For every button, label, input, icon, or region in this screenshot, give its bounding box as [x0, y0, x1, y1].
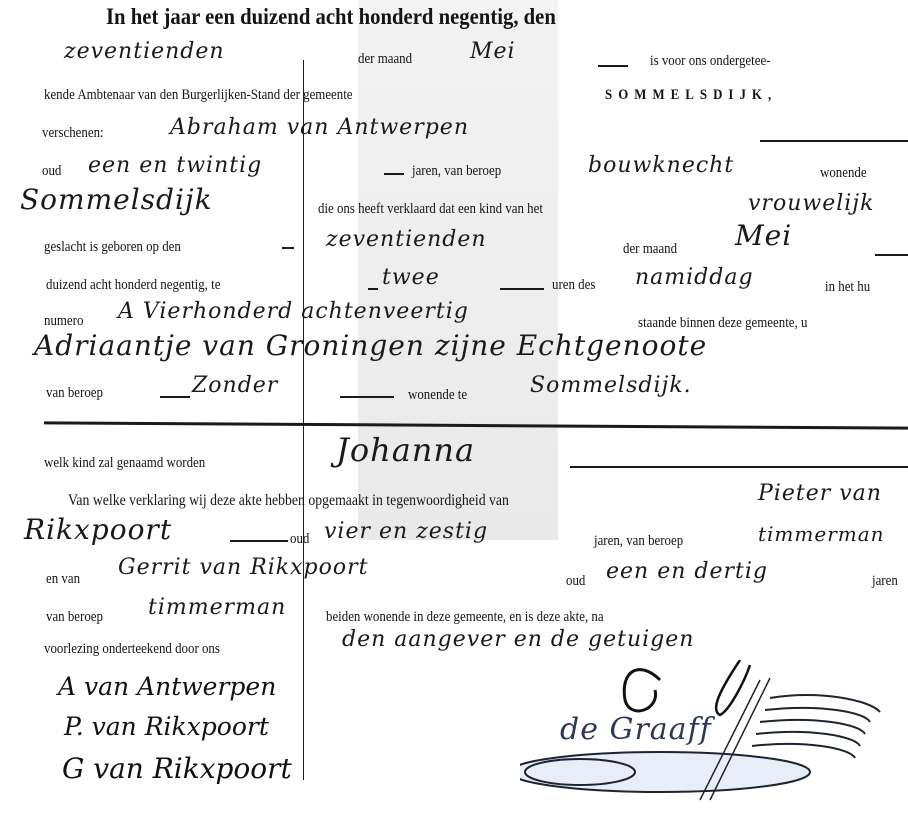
hw-birth-day: zeventienden: [326, 228, 487, 252]
hw-declarant-occupation: bouwknecht: [588, 154, 734, 178]
hw-declarant-residence: Sommelsdijk: [20, 188, 213, 212]
blank-rule: [875, 254, 908, 256]
print-der-maand: der maand: [358, 50, 412, 68]
print-verklaring: Van welke verklaring wij deze akte hebbe…: [68, 492, 509, 510]
blank-rule: [384, 173, 404, 175]
hw-declarant-age: een en twintig: [88, 154, 262, 178]
print-oud-2: oud: [290, 530, 309, 548]
municipality: SOMMELSDIJK,: [605, 86, 777, 104]
print-in-het-huis: in het hu: [825, 278, 870, 296]
print-beiden-wonende: beiden wonende in deze gemeente, en is d…: [326, 608, 604, 626]
print-duizend: duizend acht honderd negentig, te: [46, 276, 220, 294]
hw-witness1-occupation: timmerman: [758, 522, 885, 546]
blank-rule: [160, 396, 190, 398]
print-ambtenaar: kende Ambtenaar van den Burgerlijken-Sta…: [44, 86, 353, 104]
hw-declarant: Abraham van Antwerpen: [170, 116, 469, 140]
print-voorlezing: voorlezing onderteekend door ons: [44, 640, 220, 658]
print-van-beroep: van beroep: [46, 384, 103, 402]
hw-birth-hour: twee: [382, 266, 440, 290]
print-numero: numero: [44, 312, 83, 330]
blank-rule: [598, 65, 628, 67]
signature-declarant: A van Antwerpen: [58, 672, 276, 701]
hw-witness1-age: vier en zestig: [324, 520, 488, 544]
print-jaren-beroep-2: jaren, van beroep: [594, 532, 683, 550]
hw-month: Mei: [470, 40, 516, 64]
signature-registrar: de Graaff: [560, 718, 712, 742]
signature-witness2: G van Rikxpoort: [62, 752, 292, 785]
print-wonende-te: wonende te: [408, 386, 467, 404]
hw-witness2: Gerrit van Rikxpoort: [118, 556, 368, 580]
print-oud-3: oud: [566, 572, 585, 590]
hw-house-number: A Vierhonderd achtenveertig: [118, 300, 469, 324]
hw-child-name: Johanna: [336, 438, 475, 462]
blank-rule: [340, 396, 394, 398]
blank-rule: [500, 288, 544, 290]
hw-witness2-occupation: timmerman: [148, 596, 286, 620]
print-wonende: wonende: [820, 164, 867, 182]
signature-witness1: P. van Rikxpoort: [64, 712, 269, 741]
hw-child-sex: vrouwelijk: [748, 192, 874, 216]
print-verschenen: verschenen:: [42, 124, 104, 142]
print-van-beroep-2: van beroep: [46, 608, 103, 626]
print-uren-des: uren des: [552, 276, 595, 294]
print-oud: oud: [42, 162, 61, 180]
hw-closing: den aangever en de getuigen: [342, 628, 694, 652]
hw-mother-occupation: Zonder: [192, 374, 278, 398]
header-line: In het jaar een duizend acht honderd neg…: [106, 4, 556, 30]
hw-witness1-last: Rikxpoort: [24, 518, 172, 542]
blank-rule: [282, 247, 294, 249]
scan-fold-line: [303, 60, 304, 780]
print-genaamd: welk kind zal genaamd worden: [44, 454, 205, 472]
print-geboren: geslacht is geboren op den: [44, 238, 181, 256]
hw-time-of-day: namiddag: [635, 266, 754, 290]
hw-mother: Adriaantje van Groningen zijne Echtgenoo…: [34, 334, 707, 358]
print-en-van: en van: [46, 570, 80, 588]
print-der-maand-2: der maand: [623, 240, 677, 258]
blank-rule: [368, 288, 378, 290]
hw-witness1-first: Pieter van: [758, 482, 882, 506]
hw-day: zeventienden: [64, 40, 225, 64]
blank-rule: [760, 140, 908, 142]
blank-rule: [570, 466, 908, 468]
print-ondergetee: is voor ons ondergetee-: [650, 52, 770, 70]
print-verklaard: die ons heeft verklaard dat een kind van…: [318, 200, 543, 218]
print-jaren-beroep: jaren, van beroep: [412, 162, 501, 180]
hw-birth-month: Mei: [735, 224, 792, 248]
blank-rule: [230, 540, 288, 542]
hw-mother-residence: Sommelsdijk.: [530, 374, 692, 398]
print-jaren-2: jaren: [872, 572, 898, 590]
hw-witness2-age: een en dertig: [606, 560, 768, 584]
